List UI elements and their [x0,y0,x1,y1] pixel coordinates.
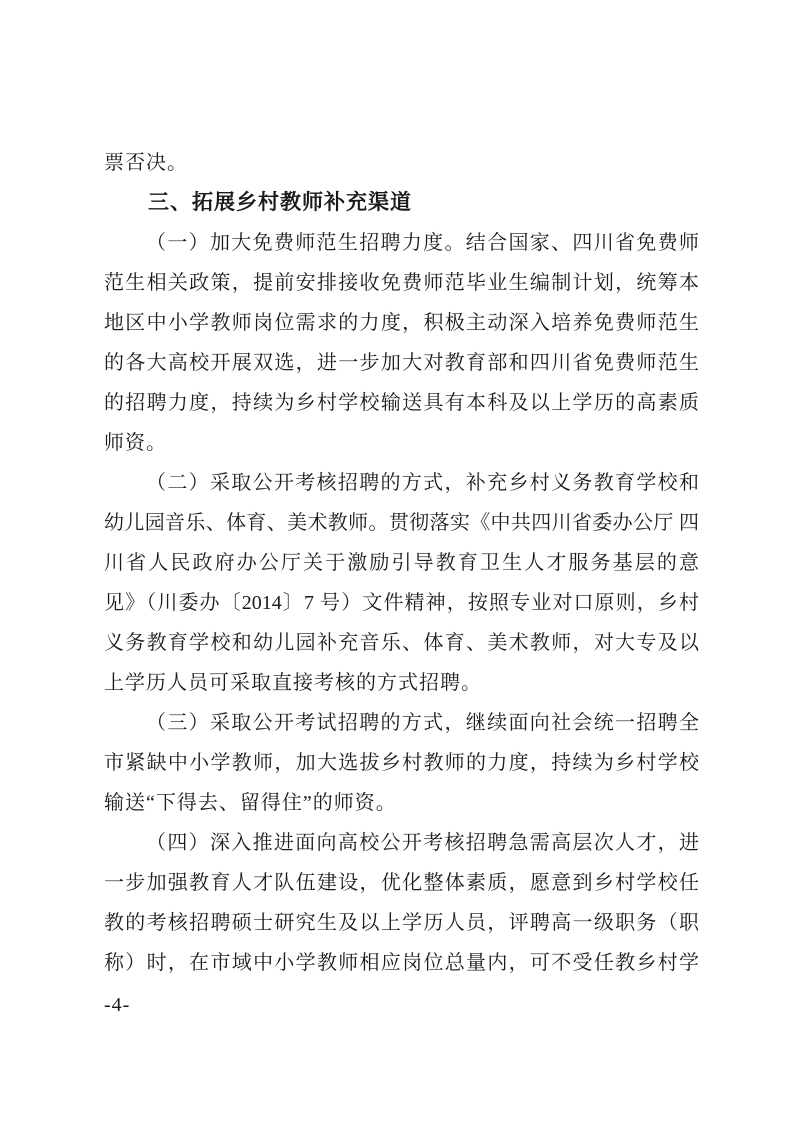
text-line: 市紧缺中小学教师，加大选拔乡村教师的力度，持续为乡村学校 [104,743,699,783]
text-line: 的招聘力度，持续为乡村学校输送具有本科及以上学历的高素质 [104,383,699,423]
section-heading: 三、拓展乡村教师补充渠道 [104,183,699,223]
page-number: -4- [104,985,130,1025]
text-line: （二）采取公开考核招聘的方式，补充乡村义务教育学校和 [104,463,699,503]
text-line: 一步加强教育人才队伍建设，优化整体素质，愿意到乡村学校任 [104,863,699,903]
text-line: 川省人民政府办公厅关于激励引导教育卫生人才服务基层的意 [104,543,699,583]
text-line: 称）时，在市域中小学教师相应岗位总量内，可不受任教乡村学 [104,943,699,983]
text-line: 票否决。 [104,143,699,183]
text-line: （三）采取公开考试招聘的方式，继续面向社会统一招聘全 [104,703,699,743]
text-line: 地区中小学教师岗位需求的力度，积极主动深入培养免费师范生 [104,303,699,343]
text-line: 见》（川委办〔2014〕7 号）文件精神，按照专业对口原则，乡村 [104,583,699,623]
text-line: （四）深入推进面向高校公开考核招聘急需高层次人才，进 [104,823,699,863]
text-line: 的各大高校开展双选，进一步加大对教育部和四川省免费师范生 [104,343,699,383]
text-line: （一）加大免费师范生招聘力度。结合国家、四川省免费师 [104,223,699,263]
text-line: 义务教育学校和幼儿园补充音乐、体育、美术教师，对大专及以 [104,623,699,663]
document-page: 票否决。三、拓展乡村教师补充渠道（一）加大免费师范生招聘力度。结合国家、四川省免… [0,0,793,1122]
text-line: 范生相关政策，提前安排接收免费师范毕业生编制计划，统筹本 [104,263,699,303]
document-body: 票否决。三、拓展乡村教师补充渠道（一）加大免费师范生招聘力度。结合国家、四川省免… [104,143,699,983]
text-line: 师资。 [104,423,699,463]
text-line: 上学历人员可采取直接考核的方式招聘。 [104,663,699,703]
text-line: 输送“下得去、留得住”的师资。 [104,783,699,823]
text-line: 教的考核招聘硕士研究生及以上学历人员，评聘高一级职务（职 [104,903,699,943]
text-line: 幼儿园音乐、体育、美术教师。贯彻落实《中共四川省委办公厅 四 [104,503,699,543]
